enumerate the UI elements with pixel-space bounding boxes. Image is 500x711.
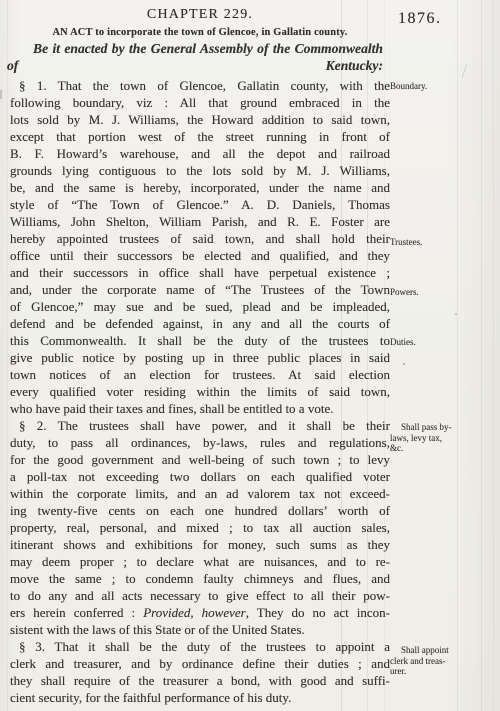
text-line: Duties. bbox=[390, 337, 460, 348]
text-line: who have paid their taxes and fines, sha… bbox=[10, 400, 390, 417]
text-line: duty, to pass all ordinances, by-laws, r… bbox=[10, 434, 390, 451]
text-line: style of “The Town of Glencoe.” A. D. Da… bbox=[10, 196, 390, 213]
text-line: ing twenty-five cents on each one hundre… bbox=[10, 502, 390, 519]
speckle-mark bbox=[455, 313, 457, 315]
text-run: ers herein conferred : bbox=[10, 605, 143, 620]
text-line: property, real, personal, and mixed ; to… bbox=[10, 519, 390, 536]
text-line: of Kentucky: bbox=[7, 57, 383, 74]
text-line: Boundary. bbox=[390, 81, 460, 92]
text-line: except that portion west of the street r… bbox=[10, 128, 390, 145]
italic-run: Provided, however bbox=[143, 605, 246, 620]
text-line: may deem proper ; to declare what are nu… bbox=[10, 553, 390, 570]
section-3: § 3. That it shall be the duty of the tr… bbox=[10, 638, 390, 706]
text-line: be, and the same is hereby, incorporated… bbox=[10, 179, 390, 196]
margin-note-clerk: Shall appointclerk and treas-urer. bbox=[390, 645, 460, 677]
section-2: § 2. The trustees shall have power, and … bbox=[10, 417, 390, 638]
text-line: B. F. Howard’s warehouse, and all the de… bbox=[10, 145, 390, 162]
chapter-heading: CHAPTER 229. bbox=[10, 7, 390, 23]
text-line: town notices of an election for trustees… bbox=[10, 366, 390, 383]
text-line: § 3. That it shall be the duty of the tr… bbox=[10, 638, 390, 655]
speckle-mark bbox=[403, 363, 405, 365]
text-line: Shall pass by- bbox=[390, 422, 460, 433]
margin-note-boundary: Boundary. bbox=[390, 81, 460, 92]
text-line: hereby appointed trustees of said town, … bbox=[10, 230, 390, 247]
text-line: Be it enacted by the General Assembly of… bbox=[7, 40, 383, 57]
text-line: Williams, John Shelton, William Parish, … bbox=[10, 213, 390, 230]
text-line: clerk and treasurer, and by ordinance de… bbox=[10, 655, 390, 672]
text-line: give public notice by posting up in thre… bbox=[10, 349, 390, 366]
text-line: defend and be defended against, in any a… bbox=[10, 315, 390, 332]
text-line: &c. bbox=[390, 443, 460, 454]
text-line: cient security, for the faithful perform… bbox=[10, 689, 390, 706]
text-line: move the same ; to condemn faulty chimne… bbox=[10, 570, 390, 587]
text-line: urer. bbox=[390, 666, 460, 677]
crease-line bbox=[493, 0, 494, 711]
text-line: to do any and all acts necessary to give… bbox=[10, 587, 390, 604]
text-line: clerk and treas- bbox=[390, 656, 460, 667]
act-title: AN ACT to incorporate the town of Glenco… bbox=[10, 27, 390, 38]
edge-mark bbox=[0, 90, 2, 99]
text-line: sistent with the laws of this State or o… bbox=[10, 621, 390, 638]
text-line: this Commonwealth. It shall be the duty … bbox=[10, 332, 390, 349]
year-label: 1876. bbox=[398, 10, 442, 28]
crease-line bbox=[481, 0, 482, 711]
enacting-clause: Be it enacted by the General Assembly of… bbox=[7, 40, 383, 74]
text-line: Powers. bbox=[390, 287, 460, 298]
text-line: of Glencoe,” may sue and be sued, plead … bbox=[10, 298, 390, 315]
text-line: within the corporate limits, and an ad v… bbox=[10, 485, 390, 502]
margin-note-powers: Powers. bbox=[390, 287, 460, 298]
text-line: they shall require of the treasurer a bo… bbox=[10, 672, 390, 689]
text-line: Trustees. bbox=[390, 237, 460, 248]
text-line: grounds lying contiguous to the lots sol… bbox=[10, 162, 390, 179]
margin-note-duties: Duties. bbox=[390, 337, 460, 348]
text-run: , They do no act incon- bbox=[246, 605, 390, 620]
body-text-column: § 1. That the town of Glencoe, Gallatin … bbox=[10, 77, 390, 706]
margin-note-bylaws: Shall pass by-laws, levy tax,&c. bbox=[390, 422, 460, 454]
crease-line bbox=[457, 0, 458, 711]
text-line: and their successors in office shall hav… bbox=[10, 264, 390, 281]
text-line: itinerant shows and exhibitions for mone… bbox=[10, 536, 390, 553]
text-line: every qualified voter residing within th… bbox=[10, 383, 390, 400]
text-line: office until their successors be elected… bbox=[10, 247, 390, 264]
text-line: lots sold by M. J. Williams, the Howard … bbox=[10, 111, 390, 128]
text-line: a poll-tax not exceeding two dollars on … bbox=[10, 468, 390, 485]
edge-mark bbox=[462, 64, 468, 77]
text-line: ers herein conferred : Provided, however… bbox=[10, 604, 390, 621]
text-line: Shall appoint bbox=[390, 645, 460, 656]
text-line: and, under the corporate name of “The Tr… bbox=[10, 281, 390, 298]
scanned-document-page: CHAPTER 229. 1876. AN ACT to incorporate… bbox=[0, 0, 500, 711]
text-line: for the good government and well-being o… bbox=[10, 451, 390, 468]
text-line: § 1. That the town of Glencoe, Gallatin … bbox=[10, 77, 390, 94]
margin-note-trustees: Trustees. bbox=[390, 237, 460, 248]
text-line: following boundary, viz : All that groun… bbox=[10, 94, 390, 111]
text-line: § 2. The trustees shall have power, and … bbox=[10, 417, 390, 434]
crease-line bbox=[7, 0, 8, 711]
section-1: § 1. That the town of Glencoe, Gallatin … bbox=[10, 77, 390, 417]
text-line: laws, levy tax, bbox=[390, 433, 460, 444]
